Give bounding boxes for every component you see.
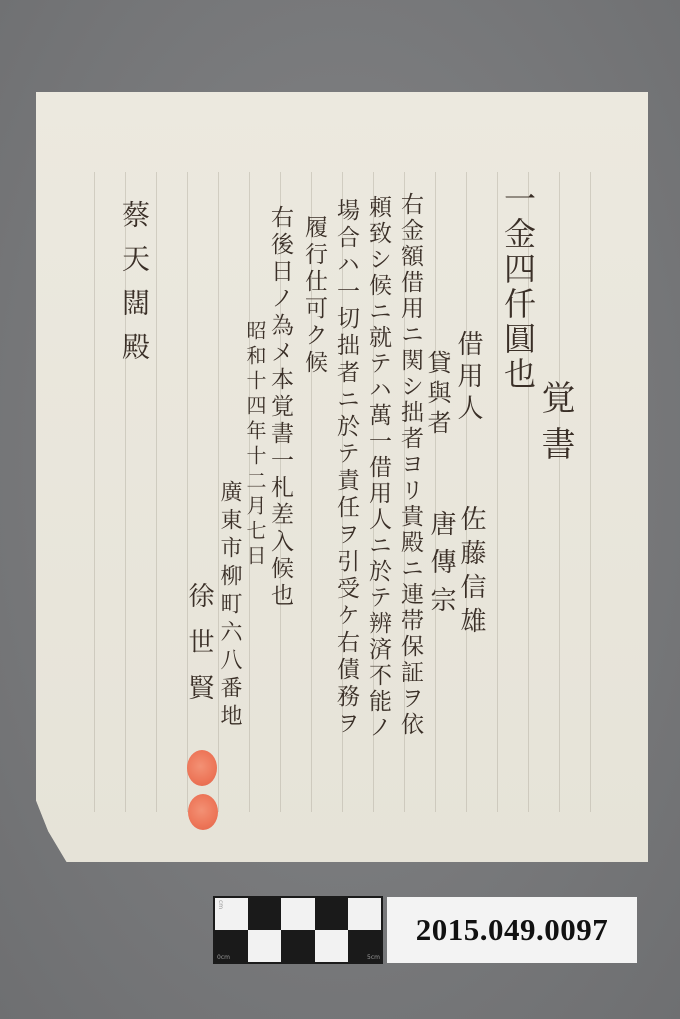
- borrower-label: 借用人: [455, 330, 481, 426]
- borrower-name: 佐藤信雄: [458, 505, 484, 641]
- scale-square-white: [281, 898, 314, 930]
- body-line-1: 右金額借用ニ関シ拙者ヨリ貴殿ニ連帯保証ヲ依: [398, 192, 421, 738]
- body-line-5: 右後日ノ為メ本覚書一札差入候也: [268, 205, 291, 610]
- body-line-2: 頼致シ候ニ就テハ萬一借用人ニ於テ辨済不能ノ: [366, 195, 389, 741]
- red-seal-stamp: [188, 794, 218, 830]
- scale-square-black: [315, 898, 348, 930]
- catalog-number: 2015.049.0097: [416, 912, 609, 948]
- scale-side-label: cm: [217, 900, 224, 909]
- document-title: 覚書: [538, 380, 572, 472]
- scale-left-label: 0cm: [217, 954, 230, 961]
- signatory-address: 廣東市柳町六八番地: [218, 480, 240, 732]
- document-date: 昭和十四年十二月七日: [245, 320, 265, 570]
- ruled-line: [559, 172, 560, 812]
- signatory-name: 徐世賢: [186, 582, 212, 720]
- body-line-4: 履行仕可ク候: [302, 215, 325, 377]
- addressee: 蔡天闊殿: [120, 200, 148, 376]
- ruled-line: [435, 172, 436, 812]
- color-scale-bar: [213, 896, 383, 964]
- ruled-line: [156, 172, 157, 812]
- catalog-number-label: 2015.049.0097: [387, 897, 637, 963]
- scale-square-black: [248, 898, 281, 930]
- lender-label: 貸與者: [425, 350, 449, 440]
- body-line-3: 場合ハ一切拙者ニ於テ責任ヲ引受ケ右債務ヲ: [334, 198, 357, 738]
- scale-square-white: [348, 898, 381, 930]
- ruled-line: [466, 172, 467, 812]
- red-seal-stamp: [187, 750, 217, 786]
- amount-line: 一金四仟圓也: [502, 182, 534, 392]
- ruled-line: [497, 172, 498, 812]
- lender-name: 唐傳宗: [428, 510, 454, 624]
- scale-right-label: 5cm: [367, 954, 380, 961]
- scale-square-white: [315, 930, 348, 962]
- scale-square-black: [281, 930, 314, 962]
- ruled-line: [94, 172, 95, 812]
- scale-square-white: [248, 930, 281, 962]
- ruled-line: [590, 172, 591, 812]
